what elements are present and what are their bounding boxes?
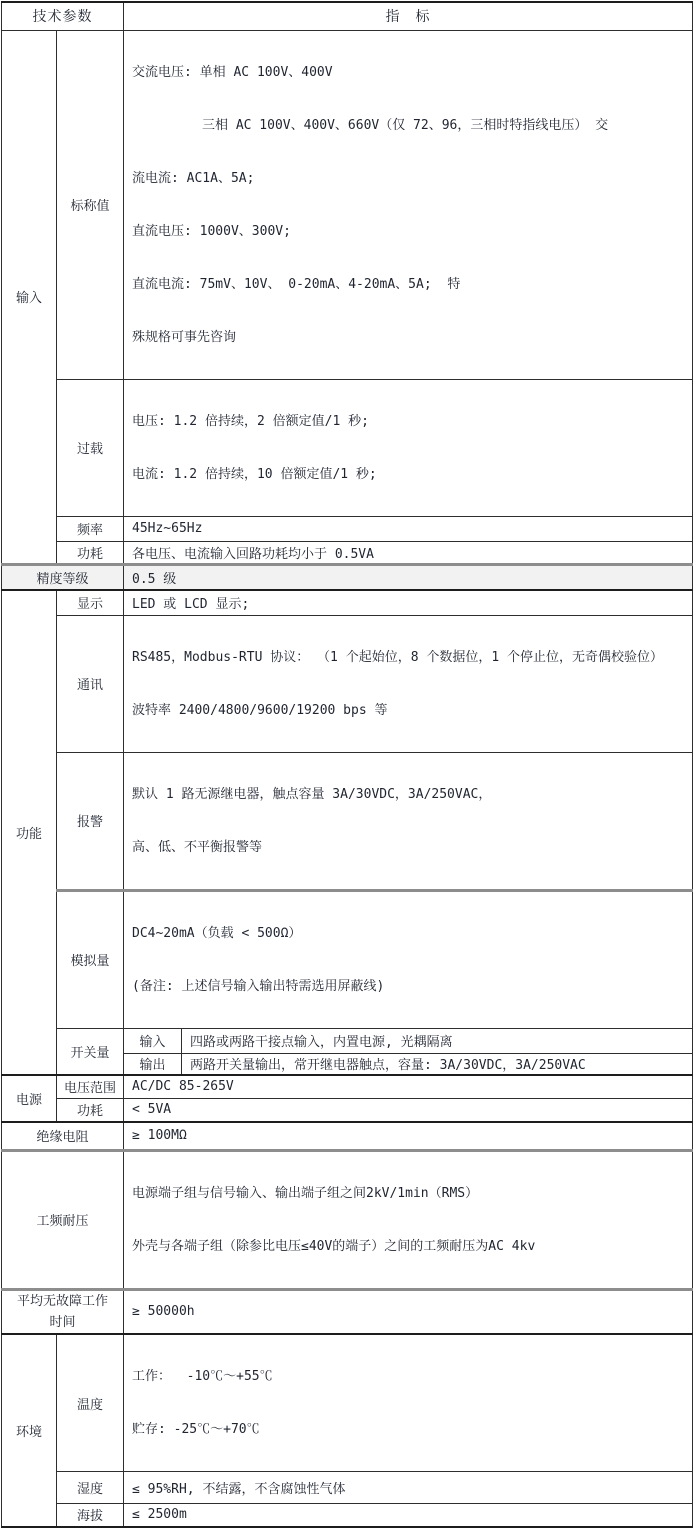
cell-comm-spec: RS485，Modbus-RTU 协议： （1 个起始位，8 个数据位，1 个停… bbox=[124, 615, 693, 752]
cell-mtbf-spec: ≥ 50000h bbox=[124, 1289, 693, 1334]
row-overload: 过载 电压: 1.2 倍持续，2 倍额定值/1 秒; 电流: 1.2 倍持续，1… bbox=[2, 379, 693, 516]
row-humidity: 湿度 ≤ 95%RH, 不结露，不含腐蚀性气体 bbox=[2, 1472, 693, 1504]
row-label-accuracy: 精度等级 bbox=[2, 564, 124, 590]
row-altitude: 海拔 ≤ 2500m bbox=[2, 1504, 693, 1527]
cell-overload-spec: 电压: 1.2 倍持续，2 倍额定值/1 秒; 电流: 1.2 倍持续，10 倍… bbox=[124, 379, 693, 516]
row-label-switch-input: 输入 bbox=[124, 1028, 182, 1053]
row-label-switch: 开关量 bbox=[57, 1028, 124, 1075]
spec-line: 波特率 2400/4800/9600/19200 bps 等 bbox=[132, 699, 684, 722]
spec-line: RS485，Modbus-RTU 协议： （1 个起始位，8 个数据位，1 个停… bbox=[132, 646, 684, 669]
spec-line: 默认 1 路无源继电器，触点容量 3A/30VDC，3A/250VAC， bbox=[132, 783, 684, 806]
row-mtbf: 平均无故障工作 时间 ≥ 50000h bbox=[2, 1289, 693, 1334]
cell-alarm-spec: 默认 1 路无源继电器，触点容量 3A/30VDC，3A/250VAC， 高、低… bbox=[124, 752, 693, 890]
spec-line: 贮存: -25℃～+70℃ bbox=[132, 1418, 684, 1441]
row-temperature: 环境 温度 工作： -10℃～+55℃ 贮存: -25℃～+70℃ bbox=[2, 1334, 693, 1472]
mtbf-label-line: 时间 bbox=[4, 1312, 121, 1333]
spec-line: 直流电流: 75mV、10V、 0-20mA、4-20mA、5A; 特 bbox=[132, 273, 684, 296]
group-label-function: 功能 bbox=[2, 590, 57, 1075]
row-withstand: 工频耐压 电源端子组与信号输入、输出端子组之间2kV/1min（RMS） 外壳与… bbox=[2, 1150, 693, 1289]
row-comm: 通讯 RS485，Modbus-RTU 协议： （1 个起始位，8 个数据位，1… bbox=[2, 615, 693, 752]
cell-supply-power-spec: < 5VA bbox=[124, 1098, 693, 1122]
cell-frequency-spec: 45Hz~65Hz bbox=[124, 516, 693, 541]
row-label-temperature: 温度 bbox=[57, 1334, 124, 1472]
row-label-nominal: 标称值 bbox=[57, 30, 124, 379]
group-label-environment: 环境 bbox=[2, 1334, 57, 1527]
row-label-humidity: 湿度 bbox=[57, 1472, 124, 1504]
row-label-switch-output: 输出 bbox=[124, 1053, 182, 1075]
row-label-display: 显示 bbox=[57, 590, 124, 615]
cell-accuracy-spec: 0.5 级 bbox=[124, 564, 693, 590]
cell-display-spec: LED 或 LCD 显示; bbox=[124, 590, 693, 615]
row-supply-voltage: 电源 电压范围 AC/DC 85-265V bbox=[2, 1075, 693, 1098]
spec-line: 直流电压: 1000V、300V; bbox=[132, 220, 684, 243]
row-label-comm: 通讯 bbox=[57, 615, 124, 752]
row-label-mtbf: 平均无故障工作 时间 bbox=[2, 1289, 124, 1334]
row-nominal: 输入 标称值 交流电压: 单相 AC 100V、400V 三相 AC 100V、… bbox=[2, 30, 693, 379]
cell-withstand-spec: 电源端子组与信号输入、输出端子组之间2kV/1min（RMS） 外壳与各端子组（… bbox=[124, 1150, 693, 1289]
spec-line: 流电流: AC1A、5A; bbox=[132, 167, 684, 190]
cell-switch-input-spec: 四路或两路干接点输入，内置电源, 光耦隔离 bbox=[182, 1028, 693, 1053]
spec-line: (备注: 上述信号输入输出特需选用屏蔽线) bbox=[132, 975, 684, 998]
spec-line: 三相 AC 100V、400V、660V（仅 72、96，三相时特指线电压） 交 bbox=[132, 114, 684, 137]
header-spec: 指 标 bbox=[124, 2, 693, 30]
mtbf-label-line: 平均无故障工作 bbox=[4, 1291, 121, 1312]
group-label-power-supply: 电源 bbox=[2, 1075, 57, 1122]
header-param: 技术参数 bbox=[2, 2, 124, 30]
row-display: 功能 显示 LED 或 LCD 显示; bbox=[2, 590, 693, 615]
row-supply-power: 功耗 < 5VA bbox=[2, 1098, 693, 1122]
row-label-altitude: 海拔 bbox=[57, 1504, 124, 1527]
spec-line: 交流电压: 单相 AC 100V、400V bbox=[132, 61, 684, 84]
row-accuracy: 精度等级 0.5 级 bbox=[2, 564, 693, 590]
row-insulation: 绝缘电阻 ≥ 100MΩ bbox=[2, 1122, 693, 1150]
spec-line: 工作： -10℃～+55℃ bbox=[132, 1365, 684, 1388]
spec-line: 高、低、不平衡报警等 bbox=[132, 836, 684, 859]
spec-line: 殊规格可事先咨询 bbox=[132, 326, 684, 349]
row-label-insulation: 绝缘电阻 bbox=[2, 1122, 124, 1150]
cell-humidity-spec: ≤ 95%RH, 不结露，不含腐蚀性气体 bbox=[124, 1472, 693, 1504]
row-label-overload: 过载 bbox=[57, 379, 124, 516]
spec-line: 外壳与各端子组（除参比电压≤40V的端子）之间的工频耐压为AC 4kv bbox=[132, 1235, 684, 1258]
cell-nominal-spec: 交流电压: 单相 AC 100V、400V 三相 AC 100V、400V、66… bbox=[124, 30, 693, 379]
cell-altitude-spec: ≤ 2500m bbox=[124, 1504, 693, 1527]
row-alarm: 报警 默认 1 路无源继电器，触点容量 3A/30VDC，3A/250VAC， … bbox=[2, 752, 693, 890]
row-label-analog: 模拟量 bbox=[57, 890, 124, 1028]
row-label-supply-power: 功耗 bbox=[57, 1098, 124, 1122]
row-label-frequency: 频率 bbox=[57, 516, 124, 541]
row-analog: 模拟量 DC4~20mA（负载 < 500Ω） (备注: 上述信号输入输出特需选… bbox=[2, 890, 693, 1028]
row-label-withstand: 工频耐压 bbox=[2, 1150, 124, 1289]
spec-table: 技术参数 指 标 输入 标称值 交流电压: 单相 AC 100V、400V 三相… bbox=[1, 1, 693, 1528]
cell-input-power-spec: 各电压、电流输入回路功耗均小于 0.5VA bbox=[124, 541, 693, 564]
spec-line: DC4~20mA（负载 < 500Ω） bbox=[132, 922, 684, 945]
cell-supply-voltage-spec: AC/DC 85-265V bbox=[124, 1075, 693, 1098]
row-label-supply-voltage: 电压范围 bbox=[57, 1075, 124, 1098]
row-input-power: 功耗 各电压、电流输入回路功耗均小于 0.5VA bbox=[2, 541, 693, 564]
cell-analog-spec: DC4~20mA（负载 < 500Ω） (备注: 上述信号输入输出特需选用屏蔽线… bbox=[124, 890, 693, 1028]
table-header-row: 技术参数 指 标 bbox=[2, 2, 693, 30]
row-label-alarm: 报警 bbox=[57, 752, 124, 890]
spec-line: 电流: 1.2 倍持续，10 倍额定值/1 秒; bbox=[132, 463, 684, 486]
cell-temperature-spec: 工作： -10℃～+55℃ 贮存: -25℃～+70℃ bbox=[124, 1334, 693, 1472]
row-label-input-power: 功耗 bbox=[57, 541, 124, 564]
cell-insulation-spec: ≥ 100MΩ bbox=[124, 1122, 693, 1150]
group-label-input: 输入 bbox=[2, 30, 57, 564]
row-frequency: 频率 45Hz~65Hz bbox=[2, 516, 693, 541]
cell-switch-output-spec: 两路开关量输出，常开继电器触点，容量: 3A/30VDC，3A/250VAC bbox=[182, 1053, 693, 1075]
spec-line: 电源端子组与信号输入、输出端子组之间2kV/1min（RMS） bbox=[132, 1182, 684, 1205]
row-switch-input: 开关量 输入 四路或两路干接点输入，内置电源, 光耦隔离 bbox=[2, 1028, 693, 1053]
spec-line: 电压: 1.2 倍持续，2 倍额定值/1 秒; bbox=[132, 410, 684, 433]
